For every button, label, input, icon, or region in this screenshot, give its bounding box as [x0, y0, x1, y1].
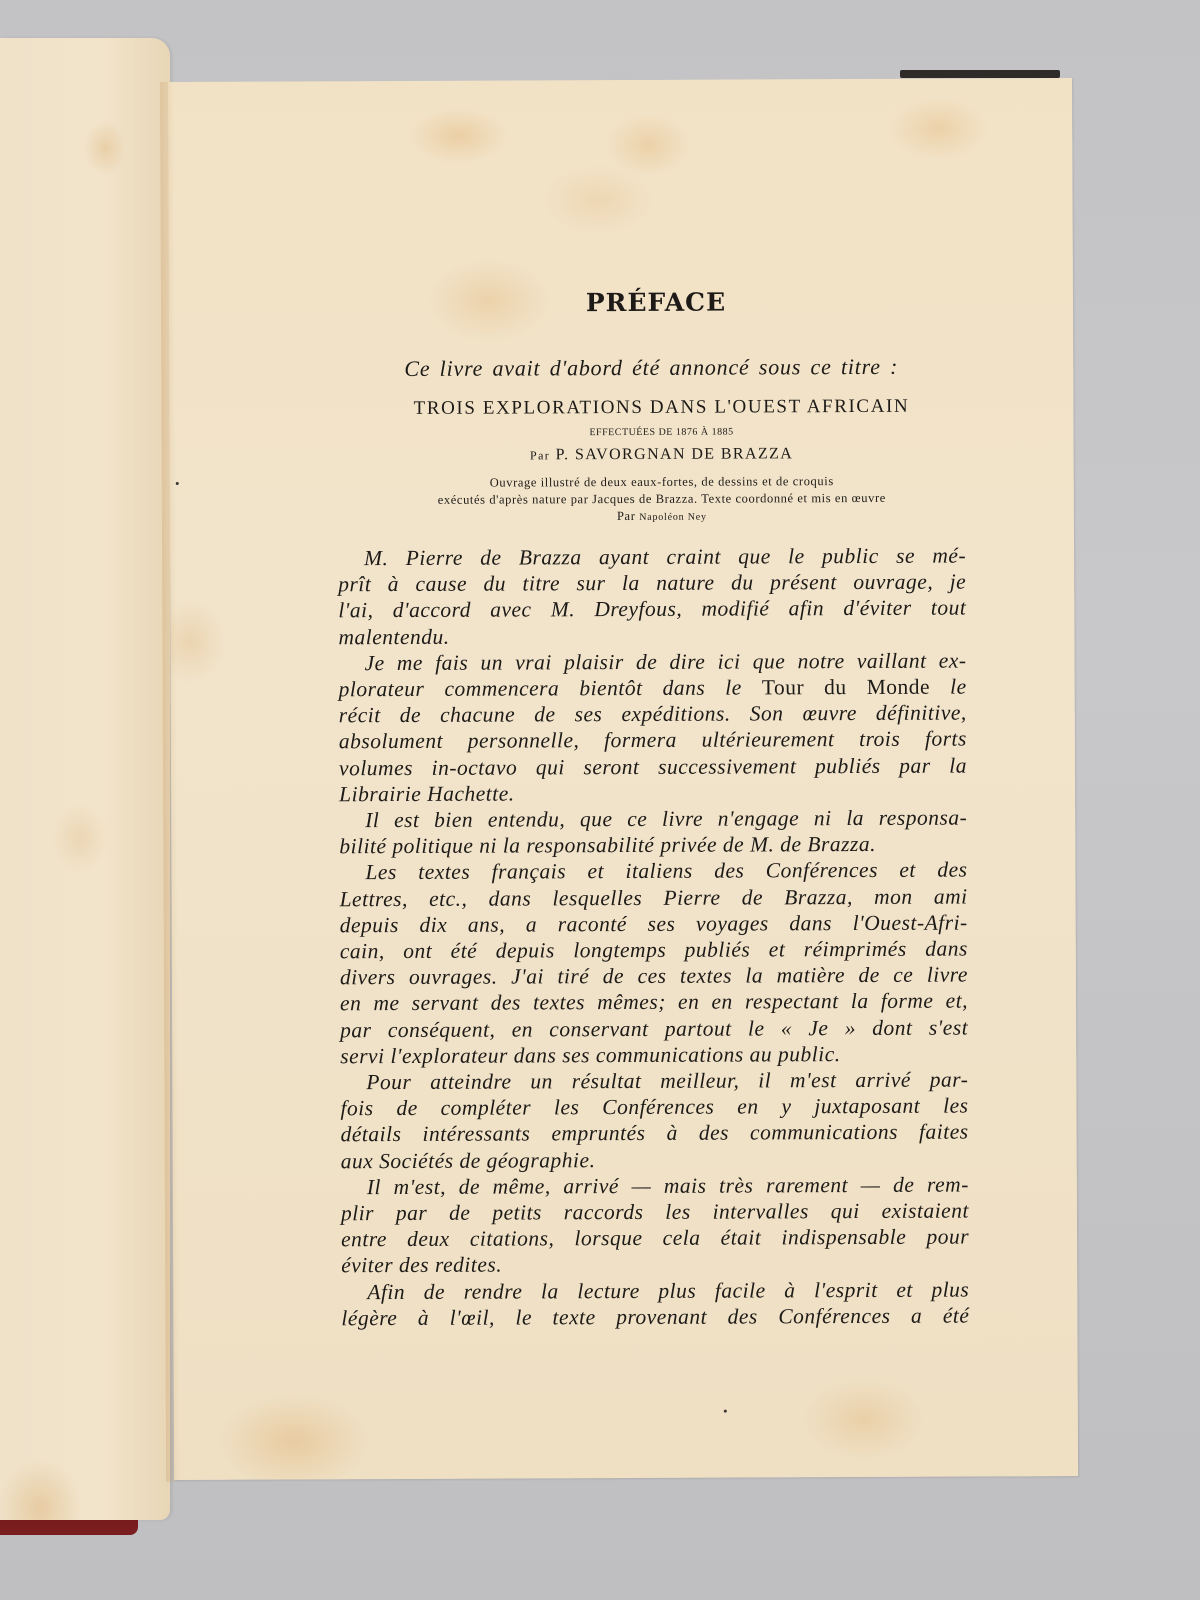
text-line: éviter des redites.	[341, 1250, 969, 1279]
paragraph: Les textes français et italiens des Conf…	[339, 857, 968, 1069]
text-line: plir par de petits raccords les interval…	[341, 1198, 969, 1227]
text-line: absolument personnelle, formera ultérieu…	[339, 726, 967, 755]
editor-prefix: Par	[617, 509, 636, 523]
author-prefix: Par	[530, 448, 550, 462]
text-line: bilité politique ni la responsabilité pr…	[339, 831, 967, 860]
text-line: M. Pierre de Brazza ayant craint que le …	[338, 543, 966, 572]
ink-speck	[176, 482, 179, 485]
text-line: par conséquent, en conservant partout le…	[340, 1014, 968, 1043]
text-line: en me servant des textes mêmes; en en re…	[340, 988, 968, 1017]
paragraph: Afin de rendre la lecture plus facile à …	[341, 1276, 969, 1331]
paragraph: Il m'est, de même, arrivé — mais très ra…	[341, 1171, 969, 1279]
text-line: Pour atteindre un résultat meilleur, il …	[340, 1067, 968, 1096]
text-line: fois de compléter les Conférences en y j…	[340, 1093, 968, 1122]
original-book-description: Ouvrage illustré de deux eaux-fortes, de…	[338, 473, 966, 528]
text-line: Je me fais un vrai plaisir de dire ici q…	[338, 647, 966, 676]
text-line: prît à cause du titre sur la nature du p…	[338, 569, 966, 598]
paragraph: M. Pierre de Brazza ayant craint que le …	[338, 543, 966, 651]
text-line: aux Sociétés de géographie.	[341, 1145, 969, 1174]
text-line: Il m'est, de même, arrivé — mais très ra…	[341, 1171, 969, 1200]
preface-body: M. Pierre de Brazza ayant craint que le …	[338, 543, 969, 1332]
original-book-subtitle: EFFECTUÉES DE 1876 À 1885	[338, 426, 966, 440]
text-line: Afin de rendre la lecture plus facile à …	[341, 1276, 969, 1305]
text-line: cain, ont été depuis longtemps publiés e…	[340, 936, 968, 965]
text-line: servi l'explorateur dans ses communicati…	[340, 1040, 968, 1069]
journal-title: Tour du Monde	[762, 675, 930, 700]
text-line: Il est bien entendu, que ce livre n'enga…	[339, 805, 967, 834]
text-line: volumes in-octavo qui seront successivem…	[339, 752, 967, 781]
paragraph: Je me fais un vrai plaisir de dire ici q…	[338, 647, 967, 807]
text-line: détails intéressants empruntés à des com…	[341, 1119, 969, 1148]
text-line: Les textes français et italiens des Conf…	[339, 857, 967, 886]
left-page-curl	[0, 38, 170, 1520]
text-line: entre deux citations, lorsque cela était…	[341, 1224, 969, 1253]
page-title: PRÉFACE	[337, 287, 965, 319]
author-name: P. SAVORGNAN DE BRAZZA	[556, 445, 794, 463]
photo-scene: PRÉFACE Ce livre avait d'abord été annon…	[0, 0, 1200, 1600]
text-line-mixed: plorateur commencera bientôt dans le Tou…	[339, 674, 967, 703]
text-fragment: plorateur commencera bientôt dans le	[339, 676, 742, 702]
text-line: depuis dix ans, a raconté ses voyages da…	[340, 909, 968, 938]
original-title-block: TROIS EXPLORATIONS DANS L'OUEST AFRICAIN…	[337, 396, 966, 528]
text-line: légère à l'œil, le texte provenant des C…	[341, 1302, 969, 1331]
paragraph: Pour atteindre un résultat meilleur, il …	[340, 1067, 968, 1175]
book-cover-right-edge	[900, 70, 1060, 78]
text-line: Librairie Hachette.	[339, 778, 967, 807]
paragraph: Il est bien entendu, que ce livre n'enga…	[339, 805, 967, 860]
text-line: malentendu.	[338, 621, 966, 650]
description-line-1: Ouvrage illustré de deux eaux-fortes, de…	[490, 474, 834, 490]
text-line: récit de chacune de ses expéditions. Son…	[339, 700, 967, 729]
ink-speck	[724, 1410, 727, 1413]
original-book-author: Par P. SAVORGNAN DE BRAZZA	[338, 445, 966, 466]
intro-line: Ce livre avait d'abord été annoncé sous …	[337, 354, 965, 383]
description-line-2: exécutés d'après nature par Jacques de B…	[438, 491, 886, 507]
text-line: divers ouvrages. J'ai tiré de ces textes…	[340, 962, 968, 991]
editor-name: Napoléon Ney	[639, 512, 707, 523]
book-page: PRÉFACE Ce livre avait d'abord été annon…	[168, 78, 1078, 1480]
original-book-title: TROIS EXPLORATIONS DANS L'OUEST AFRICAIN	[337, 396, 965, 421]
text-fragment: le	[950, 675, 967, 699]
page-content: PRÉFACE Ce livre avait d'abord été annon…	[337, 287, 970, 1332]
text-line: l'ai, d'accord avec M. Dreyfous, modifié…	[338, 595, 966, 624]
text-line: Lettres, etc., dans lesquelles Pierre de…	[340, 883, 968, 912]
